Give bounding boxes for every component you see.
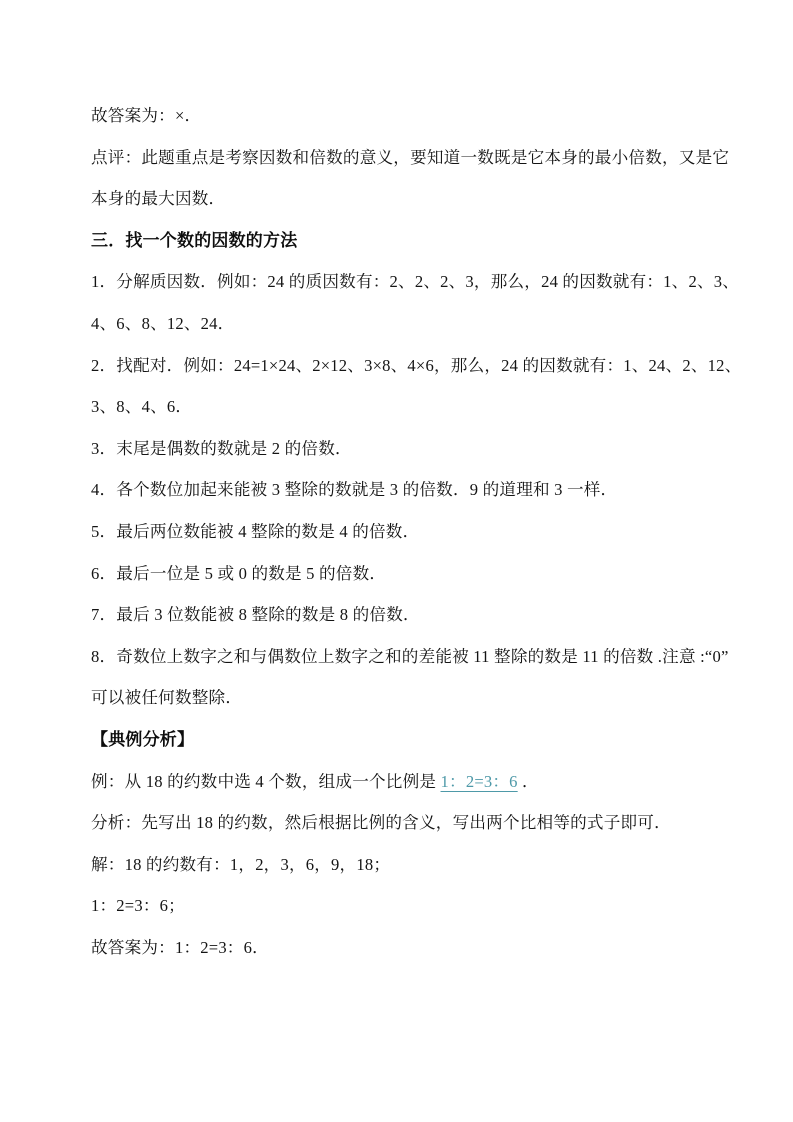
example-prefix: 例：从 18 的约数中选 4 个数，组成一个比例是 — [91, 772, 441, 791]
example-line: 例：从 18 的约数中选 4 个数，组成一个比例是 1：2=3：6 ． — [91, 761, 723, 803]
analysis-line: 分析：先写出 18 的约数，然后根据比例的含义，写出两个比相等的式子即可． — [91, 802, 723, 844]
method-1-line-2: 4、6、8、12、24． — [91, 303, 723, 345]
final-answer-line: 故答案为：1：2=3：6． — [91, 927, 723, 969]
method-2-line-2: 3、8、4、6． — [91, 386, 723, 428]
proportion-line: 1：2=3：6； — [91, 885, 723, 927]
example-suffix: ． — [518, 772, 539, 791]
method-4-line: 4．各个数位加起来能被 3 整除的数就是 3 的倍数．9 的道理和 3 一样． — [91, 469, 723, 511]
method-8-line-2: 可以被任何数整除． — [91, 677, 723, 719]
method-8-line-1: 8．奇数位上数字之和与偶数位上数字之和的差能被 11 整除的数是 11 的倍数 … — [91, 636, 723, 678]
method-1-line-1: 1．分解质因数．例如：24 的质因数有：2、2、2、3，那么，24 的因数就有：… — [91, 261, 723, 303]
method-3-line: 3．末尾是偶数的数就是 2 的倍数． — [91, 428, 723, 470]
method-5-line: 5．最后两位数能被 4 整除的数是 4 的倍数． — [91, 511, 723, 553]
section-heading-methods: 三．找一个数的因数的方法 — [91, 220, 723, 262]
comment-line-1: 点评：此题重点是考察因数和倍数的意义，要知道一数既是它本身的最小倍数，又是它 — [91, 137, 723, 179]
example-answer: 1：2=3：6 — [441, 772, 518, 791]
method-2-line-1: 2．找配对．例如：24=1×24、2×12、3×8、4×6，那么，24 的因数就… — [91, 345, 723, 387]
solution-line: 解：18 的约数有：1，2，3，6，9，18； — [91, 844, 723, 886]
document-page: 故答案为：×． 点评：此题重点是考察因数和倍数的意义，要知道一数既是它本身的最小… — [0, 0, 793, 1122]
comment-line-2: 本身的最大因数． — [91, 178, 723, 220]
answer-x-line: 故答案为：×． — [91, 95, 723, 137]
method-7-line: 7．最后 3 位数能被 8 整除的数是 8 的倍数． — [91, 594, 723, 636]
section-heading-example-analysis: 【典例分析】 — [91, 719, 723, 761]
method-6-line: 6．最后一位是 5 或 0 的数是 5 的倍数． — [91, 553, 723, 595]
